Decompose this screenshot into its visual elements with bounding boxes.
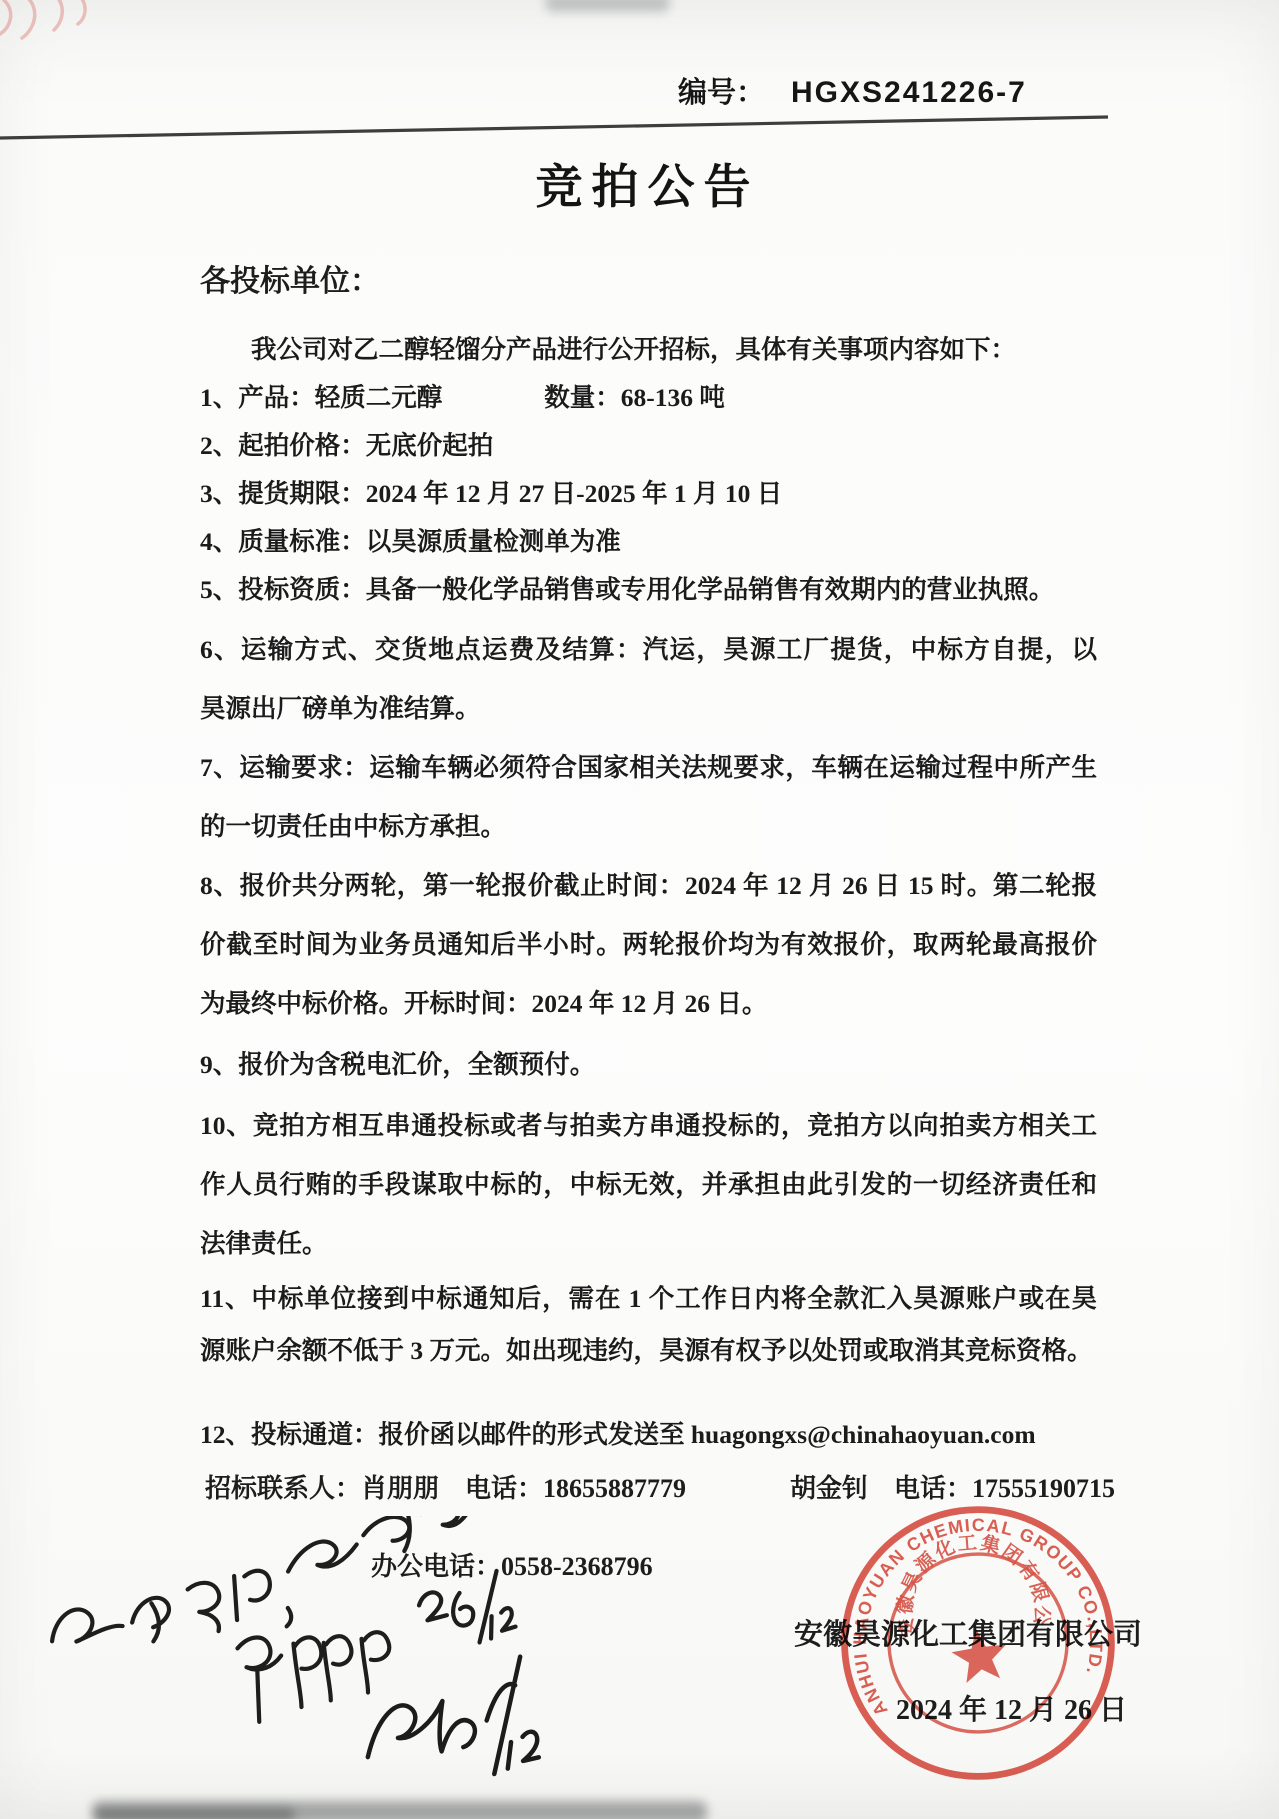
svg-text:ANHUI HAOYUAN CHEMICAL GROUP C: ANHUI HAOYUAN CHEMICAL GROUP CO.,LTD. [833,1498,1113,1722]
header-divider-line [0,108,1279,148]
document-number-row: 编号：HGXS241226-7 [678,70,1027,111]
salutation: 各投标单位： [200,256,380,300]
item-1-product: 1、产品：轻质二元醇 数量：68-136 吨 [200,374,1097,422]
item-5-bidder-qualification: 5、投标资质：具备一般化学品销售或专用化学品销售有效期内的营业执照。 [200,566,1097,614]
item-11-payment-clause: 11、中标单位接到中标通知后，需在 1 个工作日内将全款汇入昊源账户或在昊 源账… [200,1273,1097,1377]
seal-arc-text-english: ANHUI HAOYUAN CHEMICAL GROUP CO.,LTD. [833,1498,1113,1722]
scan-smudge-top [545,0,670,12]
item-9-price-terms: 9、报价为含税电汇价，全额预付。 [200,1035,1097,1094]
document-number-value: HGXS241226-7 [791,76,1027,109]
document-number-label: 编号： [678,77,765,109]
scanned-document-page: 编号：HGXS241226-7 竞拍公告 各投标单位： 我公司对乙二醇轻馏分产品… [0,0,1279,1819]
company-seal-stamp: ANHUI HAOYUAN CHEMICAL GROUP CO.,LTD. 安徽… [833,1498,1123,1788]
item-8-bidding-rounds: 8、报价共分两轮，第一轮报价截止时间：2024 年 12 月 26 日 15 时… [200,856,1097,1033]
document-body: 我公司对乙二醇轻馏分产品进行公开招标，具体有关事项内容如下： 1、产品：轻质二元… [200,326,1097,1464]
handwritten-signature [348,1628,560,1806]
contact-person-primary: 招标联系人：肖朋朋 电话：18655887779 [205,1468,686,1505]
item-3-pickup-period: 3、提货期限：2024 年 12 月 27 日-2025 年 1 月 10 日 [200,470,1097,518]
item-10-collusion-clause: 10、竞拍方相互串通投标或者与拍卖方串通投标的，竞拍方以向拍卖方相关工 作人员行… [200,1096,1097,1273]
item-4-quality-standard: 4、质量标准：以昊源质量检测单为准 [200,518,1097,566]
item-7-transport-requirements: 7、运输要求：运输车辆必须符合国家相关法规要求，车辆在运输过程中所产生 的一切责… [200,738,1097,856]
item-6-transport-settlement: 6、运输方式、交货地点运费及结算：汽运，昊源工厂提货，中标方自提，以 昊源出厂磅… [200,620,1097,738]
item-12-bid-channel: 12、投标通道：报价函以邮件的形式发送至 huagongxs@chinahaoy… [200,1405,1097,1464]
seal-star-icon [949,1625,1011,1685]
scan-smudge-bottom-dark [95,1808,295,1819]
red-ink-smudge-top-left [0,0,116,58]
page-title: 竞拍公告 [200,150,1095,217]
intro-paragraph: 我公司对乙二醇轻馏分产品进行公开招标，具体有关事项内容如下： [200,326,1097,374]
item-2-start-price: 2、起拍价格：无底价起拍 [200,422,1097,470]
